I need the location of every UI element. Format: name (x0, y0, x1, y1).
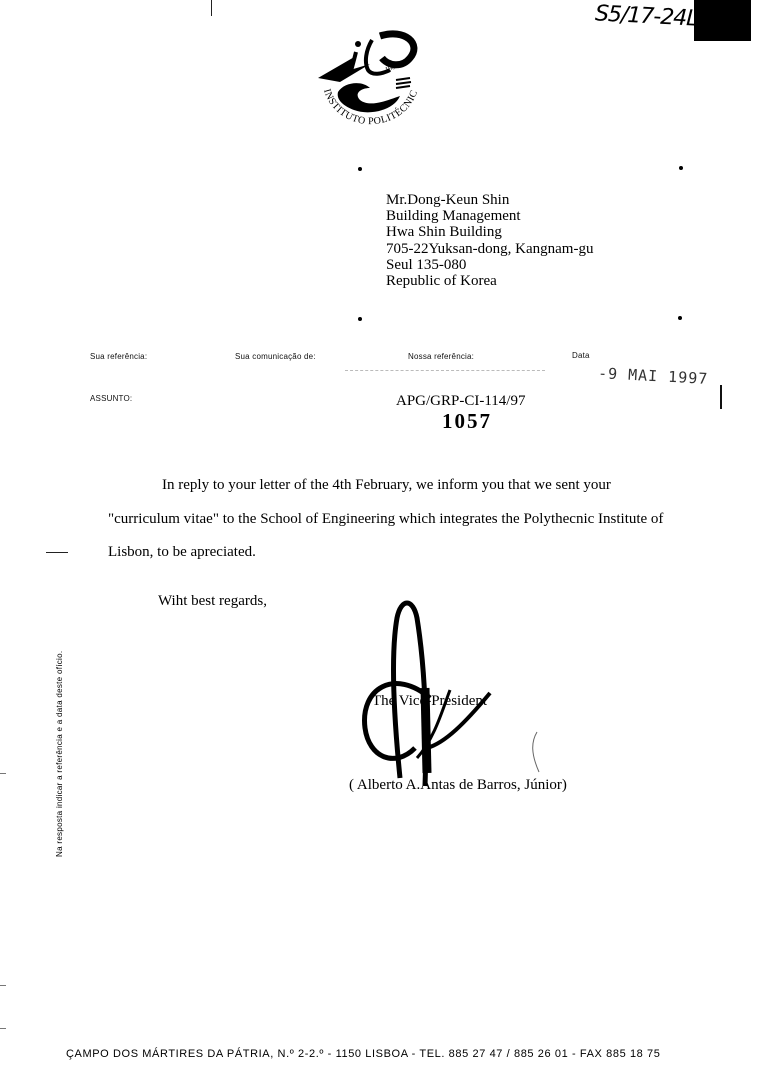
recipient-address: Mr.Dong-Keun Shin Building Management Hw… (386, 192, 593, 289)
body-line: "curriculum vitae" to the School of Engi… (108, 511, 663, 528)
window-corner-dot (678, 316, 682, 320)
body-line: Lisbon, to be apreciated. (108, 544, 256, 561)
window-corner-dot (358, 167, 362, 171)
data-label: Data (572, 351, 590, 360)
pencil-mark (525, 730, 545, 775)
signer-name: ( Alberto A.Antas de Barros, Júnior) (349, 777, 567, 794)
address-line: 705-22Yuksan-dong, Kangnam-gu (386, 241, 593, 257)
reference-code: APG/GRP-CI-114/97 (396, 393, 525, 410)
nossa-referencia-label: Nossa referência: (408, 352, 474, 361)
address-line: Seul 135-080 (386, 257, 593, 273)
address-line: Mr.Dong-Keun Shin (386, 192, 593, 208)
scan-mark (0, 773, 6, 774)
reference-dotted-line (345, 370, 545, 371)
side-note: Na resposta indicar a referência e a dat… (55, 651, 64, 857)
body-line: In reply to your letter of the 4th Febru… (162, 477, 611, 494)
address-line: Hwa Shin Building (386, 224, 593, 240)
sua-comunicacao-label: Sua comunicação de: (235, 352, 316, 361)
window-corner-dot (679, 166, 683, 170)
scan-mark (0, 985, 6, 986)
handwritten-file-code: S5/17-24L (594, 1, 698, 31)
scan-mark (211, 0, 212, 16)
footer-address: ÇAMPO DOS MÁRTIRES DA PÁTRIA, N.º 2-2.º … (66, 1048, 660, 1060)
sua-referencia-label: Sua referência: (90, 352, 147, 361)
address-line: Republic of Korea (386, 273, 593, 289)
date-stamp: -9 MAI 1997 (598, 364, 709, 388)
fold-mark (46, 552, 68, 553)
reference-number: 1057 (442, 409, 492, 434)
assunto-label: ASSUNTO: (90, 394, 132, 403)
scan-mark (720, 385, 722, 409)
redaction-block (694, 0, 751, 41)
address-line: Building Management (386, 208, 593, 224)
signature-icon (355, 598, 535, 788)
window-corner-dot (358, 317, 362, 321)
closing-text: Wiht best regards, (158, 593, 267, 610)
instituto-politecnico-logo-icon: 1985 INSTITUTO POLITÉCNICO (310, 26, 430, 144)
scan-mark (0, 1028, 6, 1029)
